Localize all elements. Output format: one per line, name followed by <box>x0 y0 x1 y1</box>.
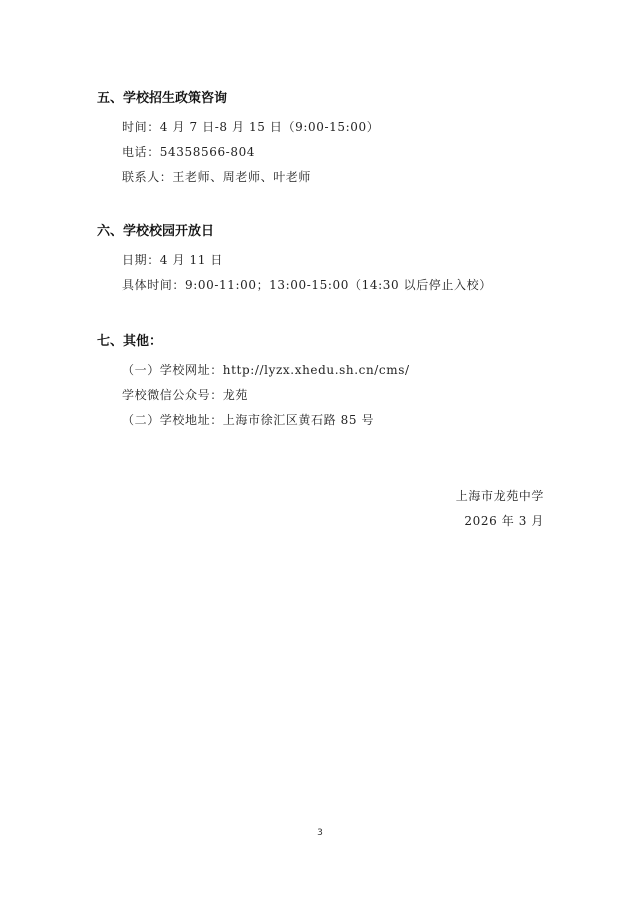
open-day-date: 日期：4 月 11 日 <box>122 251 223 268</box>
signature-org: 上海市龙苑中学 <box>456 487 544 504</box>
section-heading-open-day: 六、学校校园开放日 <box>97 220 214 239</box>
consult-phone: 电话：54358566-804 <box>122 143 255 160</box>
section-heading-other: 七、其他： <box>97 330 162 349</box>
signature-date: 2026 年 3 月 <box>464 512 544 529</box>
school-website: （一）学校网址：http://lyzx.xhedu.sh.cn/cms/ <box>122 361 410 378</box>
consult-time: 时间：4 月 7 日-8 月 15 日（9:00-15:00） <box>122 118 379 135</box>
open-day-time: 具体时间：9:00-11:00；13:00-15:00（14:30 以后停止入校… <box>122 276 492 293</box>
consult-contacts: 联系人：王老师、周老师、叶老师 <box>122 168 311 185</box>
school-wechat: 学校微信公众号：龙苑 <box>122 386 248 403</box>
page-number: 3 <box>0 828 640 838</box>
school-address: （二）学校地址：上海市徐汇区黄石路 85 号 <box>122 411 374 428</box>
section-heading-policy-consult: 五、学校招生政策咨询 <box>97 87 227 106</box>
